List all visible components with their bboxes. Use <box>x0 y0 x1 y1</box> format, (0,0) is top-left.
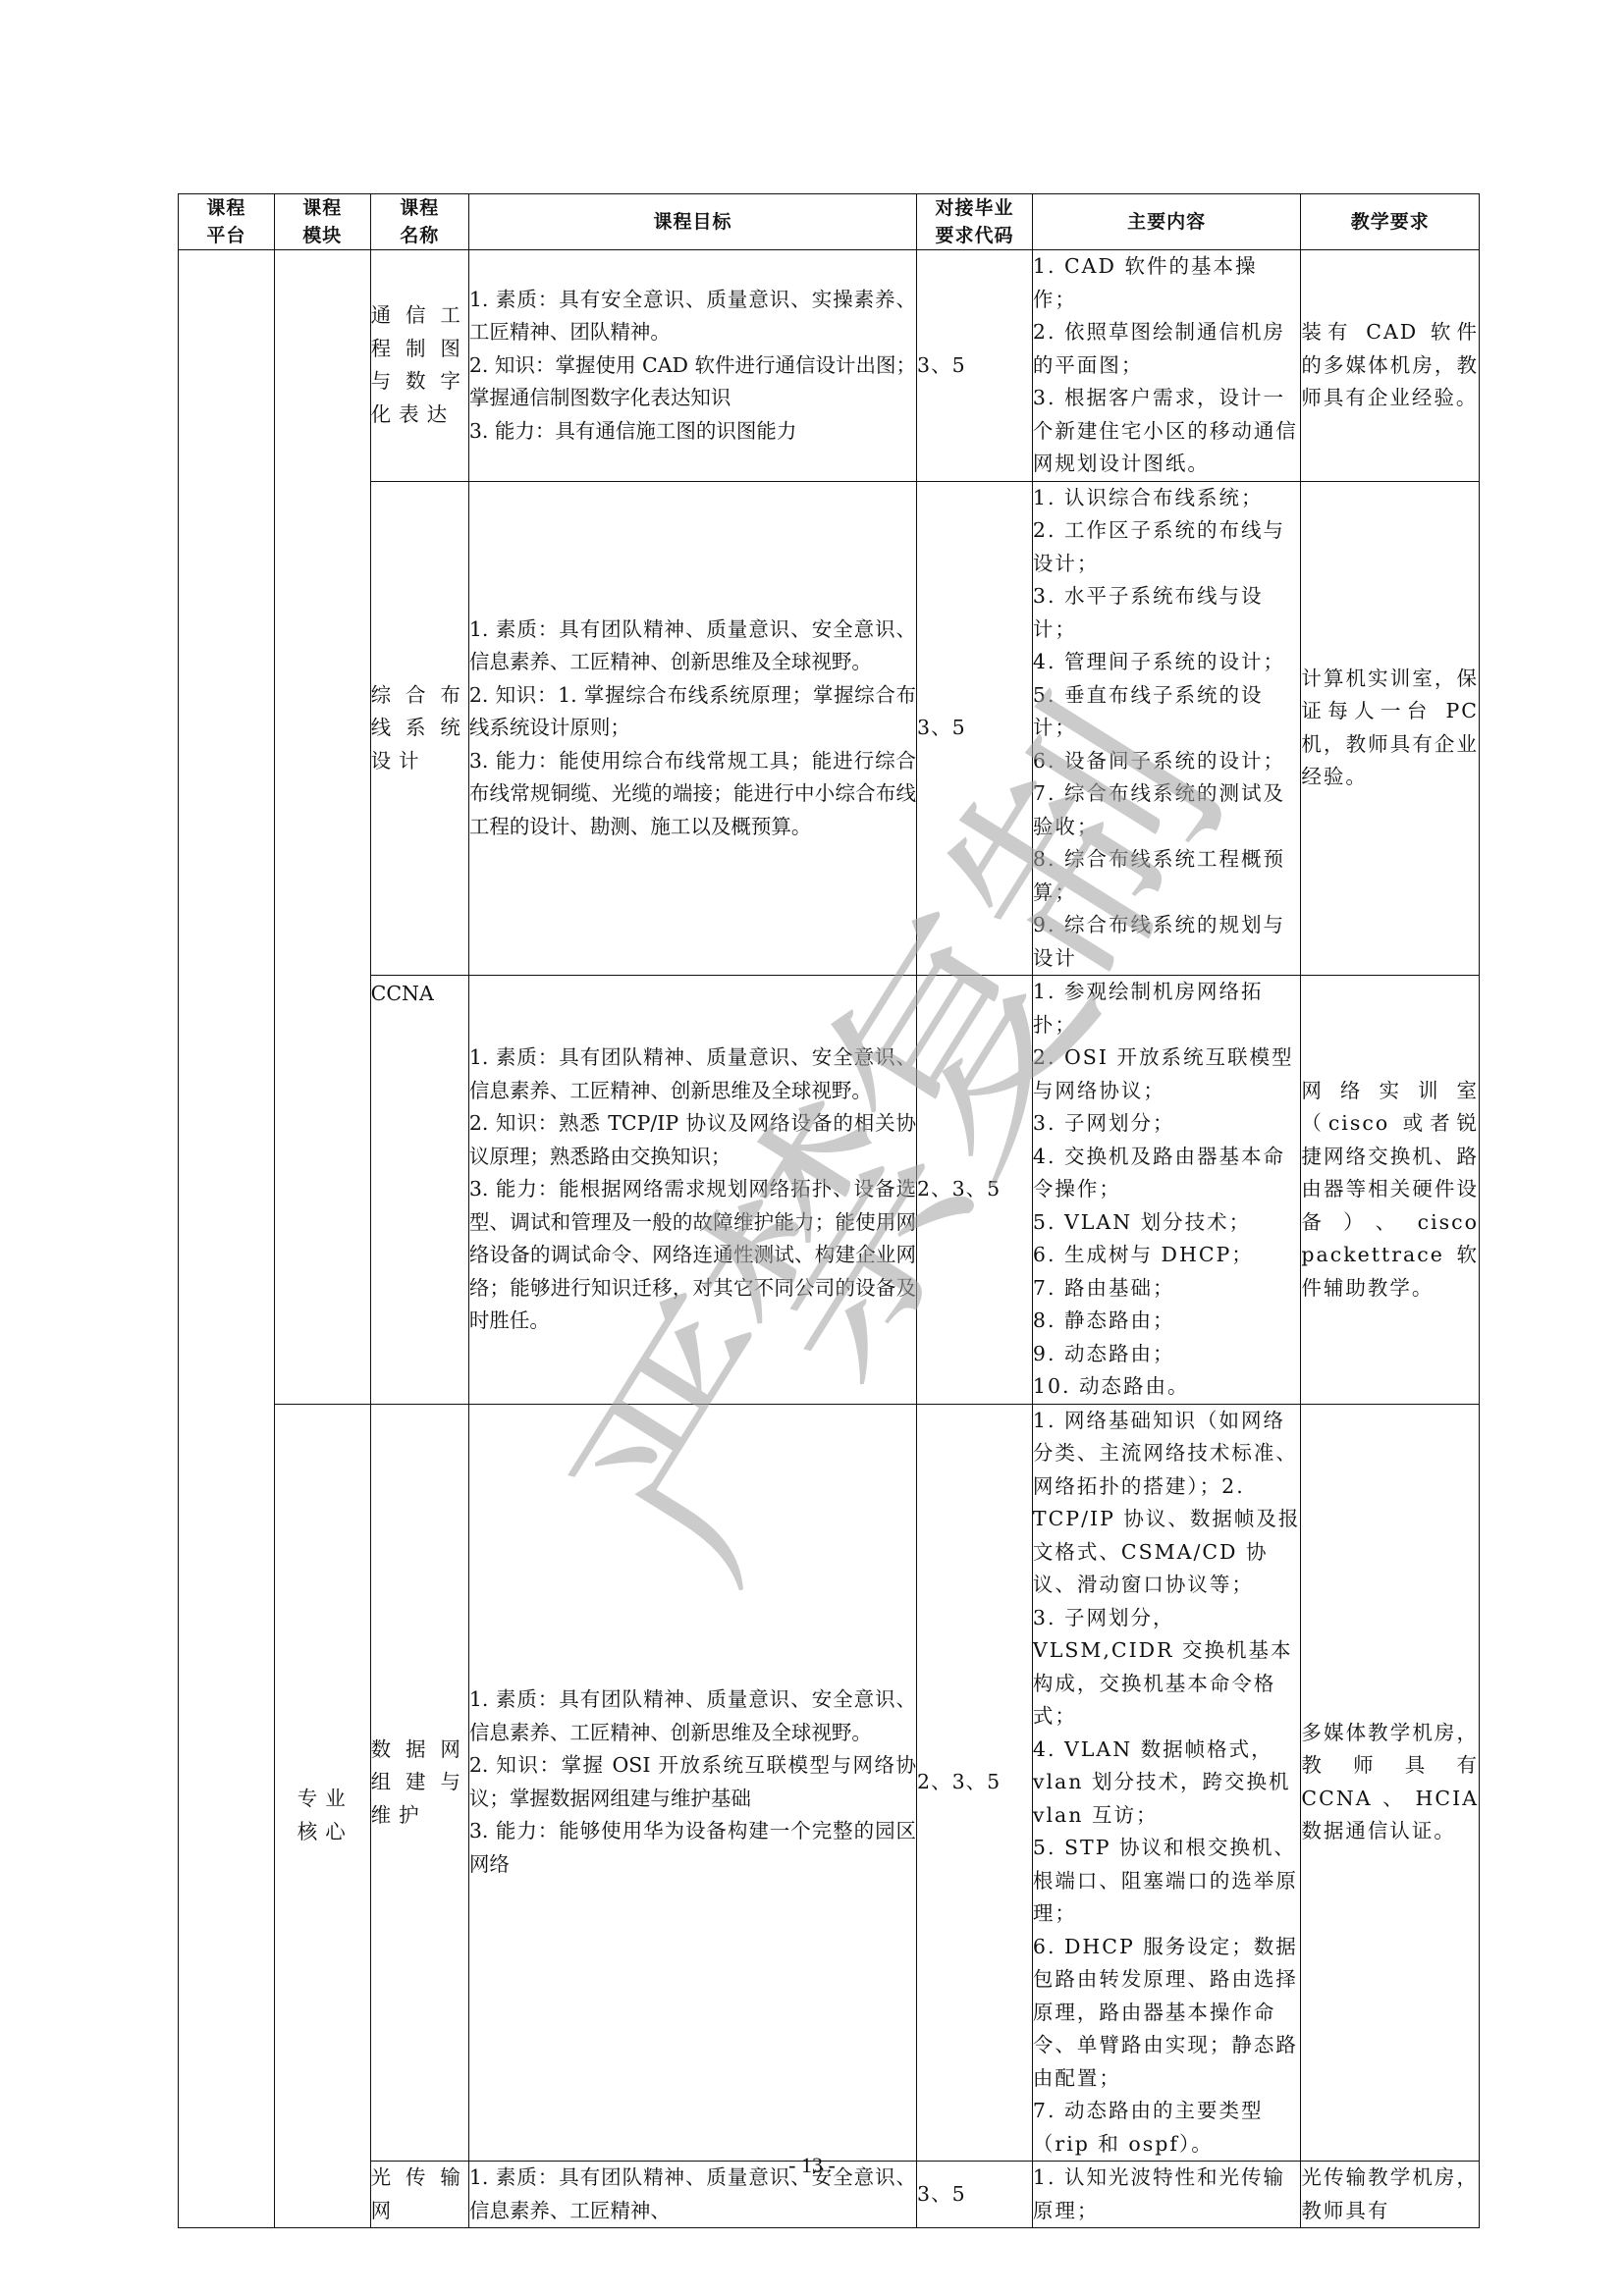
main-content: 1. 认识综合布线系统； 2. 工作区子系统的布线与设计； 3. 水平子系统布线… <box>1032 481 1300 976</box>
main-content: 1. 网络基础知识（如网络分类、主流网络技术标准、网络拓扑的搭建）；2. TCP… <box>1032 1404 1300 2162</box>
course-name: 通信工程制图与数字化表达 <box>370 250 468 482</box>
module-cell <box>274 250 370 1405</box>
teaching-requirement: 计算机实训室，保证每人一台 PC 机，教师具有企业经验。 <box>1301 481 1480 976</box>
course-goal: 1. 素质：具有团队精神、质量意识、安全意识、信息素养、工匠精神、创新思维及全球… <box>468 1404 916 2162</box>
header-content: 主要内容 <box>1032 194 1300 250</box>
table-header-row: 课程平台 课程模块 课程名称 课程目标 对接毕业要求代码 主要内容 教学要求 <box>179 194 1480 250</box>
requirement-code: 3、5 <box>917 481 1033 976</box>
header-name: 课程名称 <box>370 194 468 250</box>
header-code: 对接毕业要求代码 <box>917 194 1033 250</box>
course-goal: 1. 素质：具有团队精神、质量意识、安全意识、信息素养、工匠精神、创新思维及全球… <box>468 976 916 1405</box>
document-page: 课程平台 课程模块 课程名称 课程目标 对接毕业要求代码 主要内容 教学要求 通… <box>0 0 1624 2296</box>
course-goal: 1. 素质：具有团队精神、质量意识、安全意识、信息素养、工匠精神、创新思维及全球… <box>468 481 916 976</box>
requirement-code: 3、5 <box>917 250 1033 482</box>
table-row: 综合布线系统设计 1. 素质：具有团队精神、质量意识、安全意识、信息素养、工匠精… <box>179 481 1480 976</box>
teaching-requirement: 网络实训室（cisco 或者锐捷网络交换机、路由器等相关硬件设备）、cisco … <box>1301 976 1480 1405</box>
course-name: CCNA <box>370 976 468 1405</box>
header-goal: 课程目标 <box>468 194 916 250</box>
main-content: 1. CAD 软件的基本操作； 2. 依照草图绘制通信机房的平面图； 3. 根据… <box>1032 250 1300 482</box>
main-content: 1. 参观绘制机房网络拓扑； 2. OSI 开放系统互联模型与网络协议； 3. … <box>1032 976 1300 1405</box>
table-row: CCNA 1. 素质：具有团队精神、质量意识、安全意识、信息素养、工匠精神、创新… <box>179 976 1480 1405</box>
header-module: 课程模块 <box>274 194 370 250</box>
course-name: 综合布线系统设计 <box>370 481 468 976</box>
requirement-code: 2、3、5 <box>917 976 1033 1405</box>
platform-cell <box>179 250 275 2228</box>
requirement-code: 2、3、5 <box>917 1404 1033 2162</box>
table-row: 通信工程制图与数字化表达 1. 素质：具有安全意识、质量意识、实操素养、工匠精神… <box>179 250 1480 482</box>
table-row: 专业 核心 数据网组建与维护 1. 素质：具有团队精神、质量意识、安全意识、信息… <box>179 1404 1480 2162</box>
course-name: 数据网组建与维护 <box>370 1404 468 2162</box>
header-requirement: 教学要求 <box>1301 194 1480 250</box>
course-goal: 1. 素质：具有安全意识、质量意识、实操素养、工匠精神、团队精神。 2. 知识：… <box>468 250 916 482</box>
module-cell-professional-core: 专业 核心 <box>274 1404 370 2228</box>
teaching-requirement: 多媒体教学机房，教师具有 CCNA、HCIA 数据通信认证。 <box>1301 1404 1480 2162</box>
header-platform: 课程平台 <box>179 194 275 250</box>
course-table: 课程平台 课程模块 课程名称 课程目标 对接毕业要求代码 主要内容 教学要求 通… <box>178 193 1480 2228</box>
page-number: - 13 - <box>0 2153 1624 2178</box>
teaching-requirement: 装有 CAD 软件的多媒体机房，教师具有企业经验。 <box>1301 250 1480 482</box>
